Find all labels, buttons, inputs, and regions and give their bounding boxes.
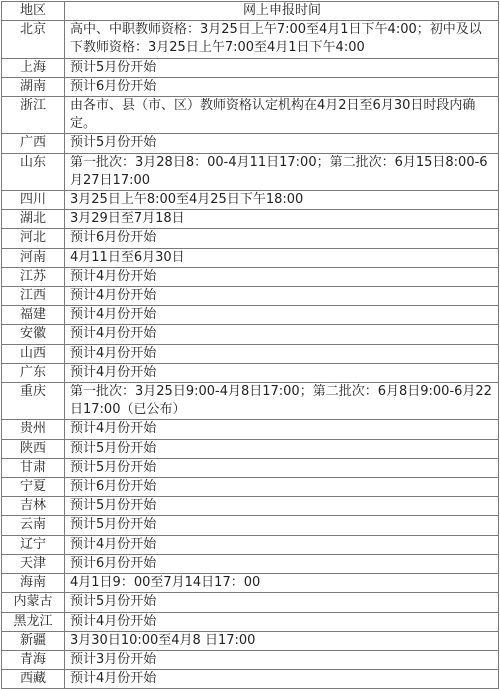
table-row: 山西预计4月份开始	[2, 344, 499, 363]
table-row: 河北预计6月份开始	[2, 229, 499, 248]
table-row: 云南预计5月份开始	[2, 516, 499, 535]
table-row: 江苏预计4月份开始	[2, 267, 499, 286]
region-cell: 江西	[2, 287, 65, 306]
region-cell: 上海	[2, 58, 65, 77]
table-row: 山东第一批次：3月28日8：00-4月11日17:00；第二批次：6月15日8:…	[2, 153, 499, 190]
table-row: 江西预计4月份开始	[2, 287, 499, 306]
region-cell: 福建	[2, 306, 65, 325]
region-cell: 内蒙古	[2, 593, 65, 612]
table-header-row: 地区 网上申报时间	[2, 2, 499, 21]
table-row: 天津预计6月份开始	[2, 554, 499, 573]
table-row: 重庆第一批次：3月25日9:00-4月8日17:00；第二批次：6月8日9:00…	[2, 383, 499, 420]
region-cell: 辽宁	[2, 535, 65, 554]
region-cell: 新疆	[2, 631, 65, 650]
time-cell: 4月11日至6月30日	[65, 248, 499, 267]
region-cell: 吉林	[2, 497, 65, 516]
time-cell: 预计4月份开始	[65, 325, 499, 344]
table-row: 安徽预计4月份开始	[2, 325, 499, 344]
table-row: 青海预计3月份开始	[2, 650, 499, 657]
time-cell: 预计5月份开始	[65, 134, 499, 153]
table-row: 湖南预计6月份开始	[2, 77, 499, 96]
time-cell: 预计6月份开始	[65, 229, 499, 248]
time-cell: 3月25日上午8:00至4月25日下午18:00	[65, 191, 499, 210]
time-cell: 第一批次：3月28日8：00-4月11日17:00；第二批次：6月15日8:00…	[65, 153, 499, 190]
time-cell: 预计5月份开始	[65, 458, 499, 477]
region-cell: 浙江	[2, 97, 65, 134]
table-body: 地区 网上申报时间 北京高中、中职教师资格：3月25日上午7:00至4月1日下午…	[2, 2, 499, 658]
table-row: 广西预计5月份开始	[2, 134, 499, 153]
region-cell: 山西	[2, 344, 65, 363]
table-row: 陕西预计5月份开始	[2, 439, 499, 458]
table-row: 宁夏预计6月份开始	[2, 478, 499, 497]
time-cell: 预计6月份开始	[65, 554, 499, 573]
time-cell: 预计6月份开始	[65, 77, 499, 96]
table-row: 甘肃预计5月份开始	[2, 458, 499, 477]
time-cell: 第一批次：3月25日9:00-4月8日17:00；第二批次：6月8日9:00-6…	[65, 383, 499, 420]
table-row: 北京高中、中职教师资格：3月25日上午7:00至4月1日下午4:00；初中及以下…	[2, 21, 499, 58]
table-row: 海南4月1日9：00至7月14日17：00	[2, 574, 499, 593]
time-cell: 3月29日至7月18日	[65, 210, 499, 229]
region-cell: 青海	[2, 650, 65, 657]
region-cell: 广西	[2, 134, 65, 153]
region-cell: 安徽	[2, 325, 65, 344]
region-cell: 海南	[2, 574, 65, 593]
time-cell: 预计5月份开始	[65, 516, 499, 535]
table-row: 贵州预计4月份开始	[2, 420, 499, 439]
table-row: 上海预计5月份开始	[2, 58, 499, 77]
time-cell: 预计4月份开始	[65, 612, 499, 631]
table-row: 黑龙江预计4月份开始	[2, 612, 499, 631]
region-cell: 云南	[2, 516, 65, 535]
region-cell: 陕西	[2, 439, 65, 458]
time-cell: 预计4月份开始	[65, 287, 499, 306]
time-cell: 预计4月份开始	[65, 344, 499, 363]
time-cell: 预计4月份开始	[65, 420, 499, 439]
time-cell: 预计5月份开始	[65, 497, 499, 516]
registration-schedule-table: 地区 网上申报时间 北京高中、中职教师资格：3月25日上午7:00至4月1日下午…	[1, 1, 499, 657]
region-cell: 河南	[2, 248, 65, 267]
table-row: 辽宁预计4月份开始	[2, 535, 499, 554]
region-cell: 宁夏	[2, 478, 65, 497]
time-cell: 预计4月份开始	[65, 267, 499, 286]
time-cell: 预计4月份开始	[65, 306, 499, 325]
region-cell: 江苏	[2, 267, 65, 286]
time-cell: 预计6月份开始	[65, 478, 499, 497]
table-row: 浙江由各市、县（市、区）教师资格认定机构在4月2日至6月30日时段内确定。	[2, 97, 499, 134]
region-cell: 河北	[2, 229, 65, 248]
table-row: 广东预计4月份开始	[2, 363, 499, 382]
region-cell: 山东	[2, 153, 65, 190]
time-cell: 预计5月份开始	[65, 439, 499, 458]
header-region: 地区	[2, 2, 65, 21]
time-cell: 4月1日9：00至7月14日17：00	[65, 574, 499, 593]
region-cell: 重庆	[2, 383, 65, 420]
region-cell: 甘肃	[2, 458, 65, 477]
time-cell: 高中、中职教师资格：3月25日上午7:00至4月1日下午4:00；初中及以下教师…	[65, 21, 499, 58]
table-row: 福建预计4月份开始	[2, 306, 499, 325]
time-cell: 预计4月份开始	[65, 535, 499, 554]
table-row: 吉林预计5月份开始	[2, 497, 499, 516]
table-row: 河南4月11日至6月30日	[2, 248, 499, 267]
table-row: 内蒙古预计5月份开始	[2, 593, 499, 612]
time-cell: 由各市、县（市、区）教师资格认定机构在4月2日至6月30日时段内确定。	[65, 97, 499, 134]
region-cell: 湖南	[2, 77, 65, 96]
region-cell: 湖北	[2, 210, 65, 229]
region-cell: 黑龙江	[2, 612, 65, 631]
time-cell: 3月30日10:00至4月8 日17:00	[65, 631, 499, 650]
table-row: 新疆3月30日10:00至4月8 日17:00	[2, 631, 499, 650]
table-row: 湖北3月29日至7月18日	[2, 210, 499, 229]
region-cell: 四川	[2, 191, 65, 210]
table-row: 四川3月25日上午8:00至4月25日下午18:00	[2, 191, 499, 210]
region-cell: 广东	[2, 363, 65, 382]
region-cell: 天津	[2, 554, 65, 573]
time-cell: 预计5月份开始	[65, 593, 499, 612]
header-time: 网上申报时间	[65, 2, 499, 21]
time-cell: 预计4月份开始	[65, 363, 499, 382]
time-cell: 预计3月份开始	[65, 650, 499, 657]
time-cell: 预计5月份开始	[65, 58, 499, 77]
region-cell: 北京	[2, 21, 65, 58]
region-cell: 贵州	[2, 420, 65, 439]
